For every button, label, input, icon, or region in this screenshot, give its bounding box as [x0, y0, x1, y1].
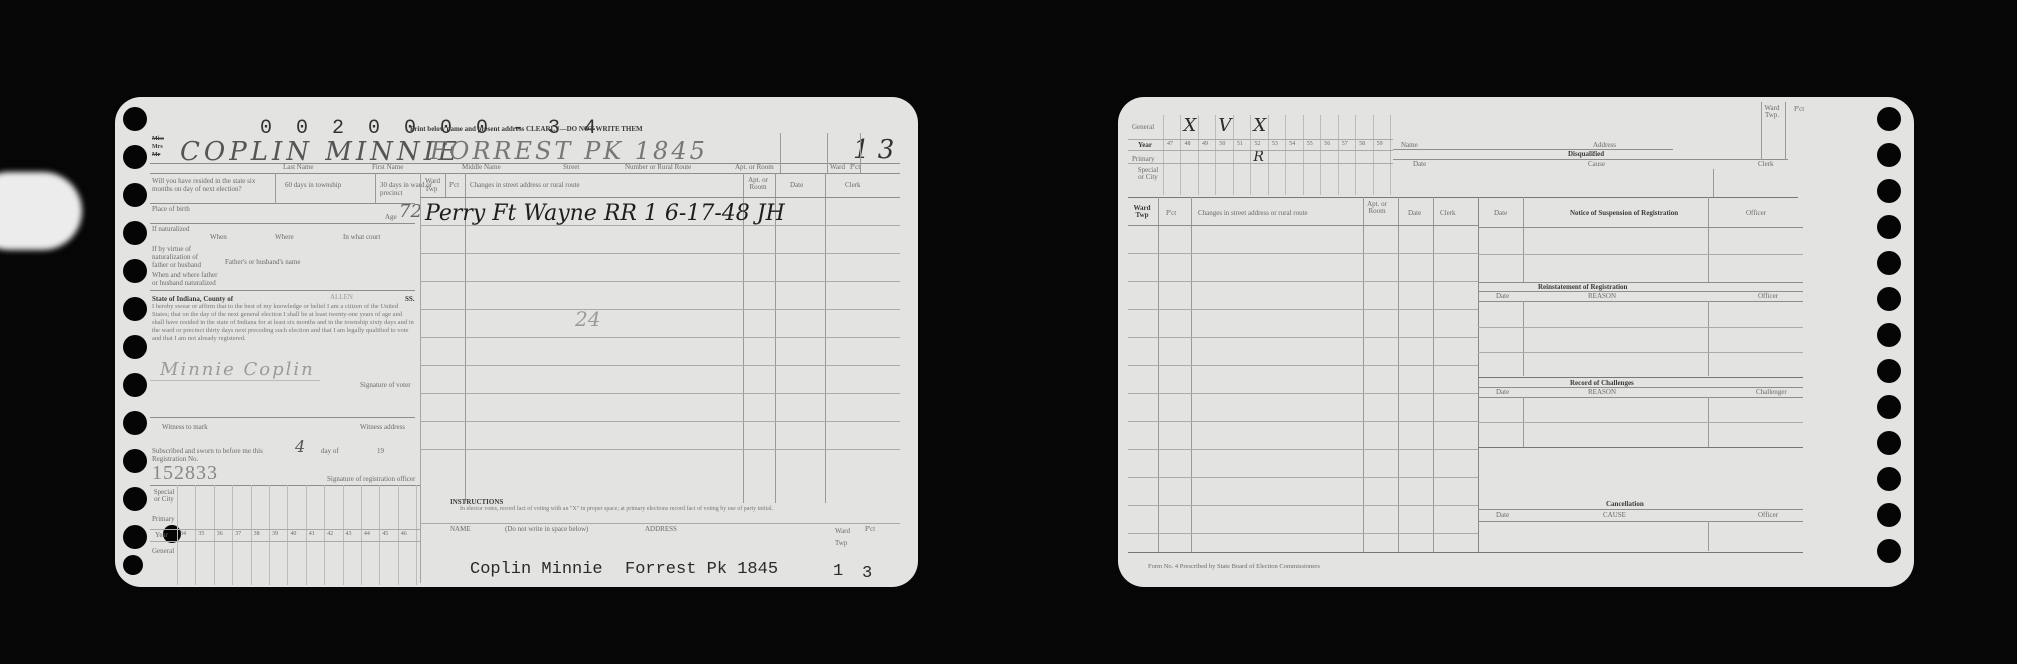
col-apt: Apt. or Room — [747, 177, 769, 191]
state-county-line: State of Indiana, County of — [152, 295, 233, 303]
label-number: Number or Rural Route — [625, 163, 691, 171]
label-last-name: Last Name — [283, 163, 314, 171]
voter-signature: Minnie Coplin — [160, 359, 315, 380]
cancellation-cause: CAUSE — [1603, 511, 1626, 519]
cancellation-date: Date — [1496, 511, 1509, 519]
punch-hole-icon — [123, 145, 147, 169]
label-first-name: First Name — [372, 163, 403, 171]
label-street: Street — [563, 163, 579, 171]
label-where: Where — [275, 233, 294, 241]
father-husband-label: If by virtue of naturalization of father… — [152, 245, 212, 269]
punch-hole-icon — [1877, 467, 1901, 491]
place-of-birth-label: Place of birth — [152, 205, 192, 213]
col-pct: P'ct — [449, 181, 459, 189]
back-voting-grid: 47 X48 49 V50 51 X52R 53 54 55 56 57 58 … — [1163, 115, 1391, 195]
challenges-date: Date — [1496, 388, 1509, 396]
disqualified-date: Date — [1413, 160, 1426, 168]
punch-hole-icon — [123, 335, 147, 359]
disqualified-label: Disqualified — [1568, 150, 1604, 158]
typed-ward: 1 — [833, 562, 843, 581]
punch-hole-icon — [123, 183, 147, 207]
year-prefix: 19 — [377, 447, 384, 455]
punch-hole-icon — [1877, 215, 1901, 239]
punch-hole-icon — [1877, 395, 1901, 419]
label-pct: P'ct — [850, 163, 860, 171]
label-do-not-write: (Do not write in space below) — [505, 525, 588, 533]
witness-to-mark-label: Witness to mark — [162, 423, 208, 431]
handwritten-address: FORREST PK 1845 — [430, 137, 708, 165]
registration-card-back: General Year Primary Special or City 47 … — [1118, 97, 1914, 587]
day-handwritten: 4 — [295, 437, 305, 456]
suspension-date: Date — [1494, 209, 1507, 217]
label-middle-name: Middle Name — [462, 163, 501, 171]
col-changes: Changes in street address or rural route — [1198, 209, 1308, 217]
grid-label-primary: Primary — [1132, 155, 1155, 163]
signature-officer-label: Signature of registration officer — [327, 475, 415, 483]
label-name-bottom: NAME — [450, 525, 471, 533]
col-ward-twp: Ward Twp — [425, 177, 447, 193]
naturalized-label: If naturalized — [152, 225, 192, 233]
age-value: 72 — [399, 201, 422, 222]
cancellation-officer: Officer — [1758, 511, 1778, 519]
punch-hole-icon — [1877, 359, 1901, 383]
oath-text: I hereby swear or affirm that to the bes… — [152, 303, 414, 343]
col-date: Date — [790, 181, 803, 189]
punch-hole-icon — [1877, 251, 1901, 275]
when-where-label: When and where father or husband natural… — [152, 271, 222, 287]
residence-question: Will you have resided in the state six m… — [152, 177, 262, 193]
address-label: Address — [1593, 141, 1616, 149]
grid-label-special: Special or City — [152, 489, 176, 503]
punch-hole-icon — [123, 411, 147, 435]
disqualified-cause: Cause — [1588, 160, 1605, 168]
age-label: Age — [385, 213, 397, 221]
header-instruction: Print below name and present address CLE… — [410, 125, 643, 133]
instructions-text: In elector votes, record fact of voting … — [460, 506, 850, 513]
typed-name: Coplin Minnie — [470, 560, 603, 579]
punch-hole-icon — [1877, 107, 1901, 131]
punch-hole-icon — [1877, 503, 1901, 527]
address-change-entry: Perry Ft Wayne RR 1 6-17-48 JH — [425, 201, 785, 226]
col-clerk: Clerk — [845, 181, 861, 189]
grid-label-year: Year — [155, 531, 168, 539]
label-apt: Apt. or Room — [735, 163, 774, 171]
punch-hole-icon — [123, 373, 147, 397]
label-address-bottom: ADDRESS — [645, 525, 677, 533]
title-prefix: Miss Mrs Mr — [152, 135, 174, 159]
name-label: Name — [1401, 141, 1418, 149]
reinstatement-date: Date — [1496, 292, 1509, 300]
label-ward-bottom: Ward Twp — [835, 525, 855, 549]
signature-of-voter-label: Signature of voter — [360, 381, 411, 389]
col-ward-twp: Ward Twp — [1132, 205, 1152, 219]
grid-label-general: General — [1132, 123, 1154, 131]
typed-address: Forrest Pk 1845 — [625, 560, 778, 579]
punch-hole-icon — [123, 449, 147, 473]
ward-twp-label: Ward Twp. — [1763, 105, 1781, 119]
col-changes: Changes in street address or rural route — [470, 181, 580, 189]
punch-hole-icon — [1877, 143, 1901, 167]
punch-hole-icon — [123, 487, 147, 511]
punch-hole-icon — [123, 555, 143, 575]
punch-hole-icon — [123, 259, 147, 283]
punch-hole-icon — [1877, 287, 1901, 311]
col-apt: Apt. or Room — [1366, 201, 1388, 215]
typed-pct: 3 — [862, 564, 872, 583]
punch-hole-icon — [123, 297, 147, 321]
grid-label-primary: Primary — [152, 515, 175, 523]
instructions-title: INSTRUCTIONS — [450, 498, 503, 506]
label-when: When — [210, 233, 227, 241]
address-change-faint: 24 — [575, 307, 600, 331]
col-pct: P'ct — [1166, 209, 1176, 217]
col-date: Date — [1408, 209, 1421, 217]
pct-label: P'ct — [1794, 105, 1804, 113]
punch-hole-icon — [123, 221, 147, 245]
label-court: In what court — [343, 233, 380, 241]
light-glare — [0, 172, 82, 250]
suspension-title: Notice of Suspension of Registration — [1570, 209, 1678, 217]
punch-hole-icon — [1877, 431, 1901, 455]
punch-hole-icon — [123, 107, 147, 131]
col-clerk: Clerk — [1440, 209, 1456, 217]
cancellation-title: Cancellation — [1606, 500, 1644, 508]
grid-label-special: Special or City — [1136, 167, 1160, 181]
voting-history-grid: 34 35 36 37 38 39 40 41 42 43 44 45 46 — [177, 485, 417, 585]
grid-label-year: Year — [1138, 141, 1152, 149]
days-township: 60 days in township — [285, 181, 345, 189]
label-ward: Ward — [830, 163, 845, 171]
father-husband-name-label: Father's or husband's name — [225, 258, 300, 266]
punch-hole-icon — [1877, 179, 1901, 203]
punch-hole-icon — [123, 525, 147, 549]
registration-no: 152833 — [152, 462, 218, 485]
punch-hole-icon — [1877, 323, 1901, 347]
subscribed-line: Subscribed and sworn to before me this — [152, 447, 263, 455]
ss-mark: SS. — [405, 295, 415, 303]
county-name: ALLEN — [330, 293, 353, 301]
suspension-officer: Officer — [1746, 209, 1766, 217]
grid-label-general: General — [152, 547, 174, 555]
disqualified-clerk: Clerk — [1758, 160, 1774, 168]
challenges-challenger: Challenger — [1756, 388, 1787, 396]
challenges-reason: REASON — [1588, 388, 1616, 396]
reinstatement-officer: Officer — [1758, 292, 1778, 300]
label-pct-bottom: P'ct — [865, 525, 875, 533]
registration-card-front: 0 0 2 0 0 0 0 - 3 4 Print below name and… — [115, 97, 918, 587]
reinstatement-title: Reinstatement of Registration — [1538, 283, 1627, 291]
reinstatement-reason: REASON — [1588, 292, 1616, 300]
form-footer: Form No. 4 Prescribed by State Board of … — [1148, 563, 1320, 570]
witness-address-label: Witness address — [360, 423, 405, 431]
challenges-title: Record of Challenges — [1570, 379, 1634, 387]
punch-hole-icon — [1877, 539, 1901, 563]
day-of-label: day of — [321, 447, 339, 455]
